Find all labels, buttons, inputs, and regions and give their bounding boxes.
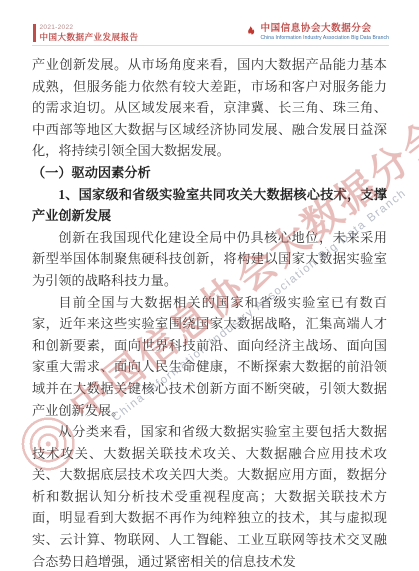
flame-logo-icon (243, 25, 257, 39)
paragraph-1: 创新在我国现代化建设全局中仍具核心地位，未来采用新型举国体制聚焦硬科技创新，将构… (32, 227, 387, 292)
association-name-en: China Information Industry Association B… (260, 35, 389, 41)
report-header-left: 2021-2022 中国大数据产业发展报告 (33, 24, 139, 42)
page-header: 2021-2022 中国大数据产业发展报告 中国信息协会大数据分会 China … (33, 24, 389, 42)
page-number: 15 (0, 536, 419, 547)
paragraph-2: 目前全国与大数据相关的国家和省级实验室已有数百家，近年来这些实验室围绕国家大数据… (32, 292, 387, 422)
paragraph-continuation: 产业创新发展。从市场角度来看，国内大数据产品能力基本成熟，但服务能力依然有较大差… (32, 54, 387, 162)
document-body: 产业创新发展。从市场角度来看，国内大数据产品能力基本成熟，但服务能力依然有较大差… (32, 54, 387, 571)
subsection-heading: 1、国家级和省级实验室共同攻关大数据核心技术，支撑产业创新发展 (32, 184, 387, 227)
header-accent-bar (33, 24, 36, 42)
association-logo: 中国信息协会大数据分会 China Information Industry A… (243, 24, 389, 41)
section-heading: （一）驱动因素分析 (32, 162, 387, 184)
report-page: 2021-2022 中国大数据产业发展报告 中国信息协会大数据分会 China … (0, 0, 419, 571)
association-name-cn: 中国信息协会大数据分会 (260, 24, 389, 35)
report-years: 2021-2022 (40, 24, 139, 32)
paragraph-3: 从分类来看，国家和省级大数据实验室主要包括大数据技术攻关、大数据关联技术攻关、大… (32, 421, 387, 571)
header-divider (32, 45, 389, 46)
report-title: 中国大数据产业发展报告 (40, 32, 139, 42)
